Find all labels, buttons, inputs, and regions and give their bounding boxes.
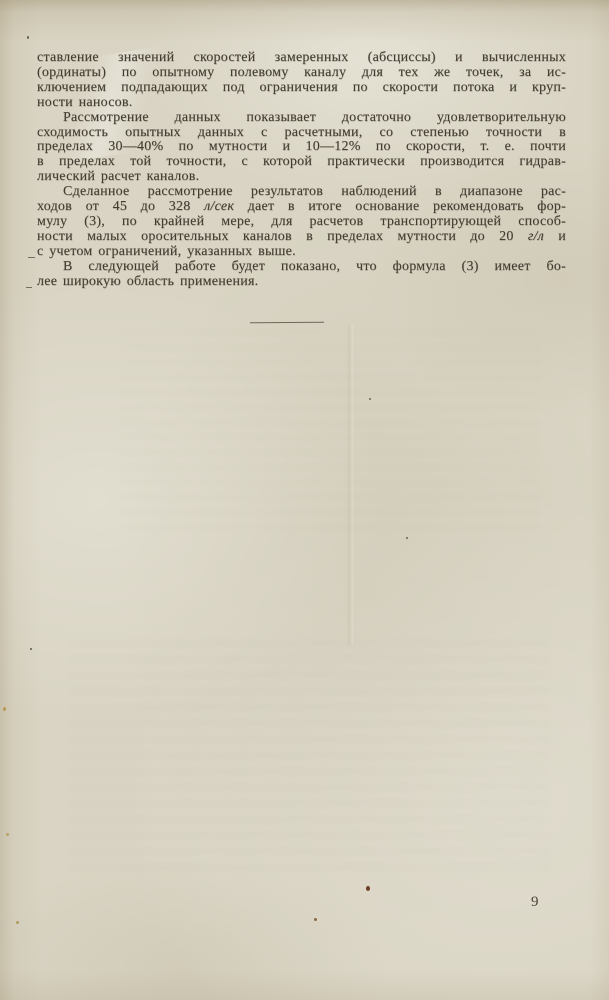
text-line: ключением подпадающих под ограничения по… — [37, 81, 566, 96]
show-through-texture — [120, 330, 540, 530]
text-line: лее широкую область применения. — [37, 275, 566, 290]
text-line: ходов от 45 до 328 л/сек дает в итоге ос… — [37, 200, 566, 215]
paper-speck — [366, 886, 370, 891]
paper-speck — [406, 537, 408, 539]
paper-speck — [27, 36, 29, 39]
text-line: Сделанное рассмотрение результатов наблю… — [37, 185, 566, 200]
text-line: ставление значений скоростей замеренных … — [37, 51, 566, 66]
text-line: (ординаты) по опытному полевому каналу д… — [37, 66, 566, 81]
text-line: В следующей работе будет показано, что ф… — [37, 260, 566, 275]
text-line: Рассмотрение данных показывает достаточн… — [37, 111, 566, 126]
text-line: в пределах той точности, с которой практ… — [37, 155, 566, 170]
paper-speck — [369, 398, 371, 400]
text-line: сходимость опытных данных с расчетными, … — [37, 126, 566, 141]
paper-speck — [3, 707, 6, 711]
text-line: мулу (3), по крайней мере, для расчетов … — [37, 215, 566, 230]
text-line: ности малых оросительных каналов в преде… — [37, 230, 566, 245]
scanned-page: ставление значений скоростей замеренных … — [0, 0, 609, 1000]
page-number: 9 — [531, 894, 539, 911]
margin-artifact-dash — [28, 257, 35, 258]
body-text: ставление значений скоростей замеренных … — [37, 51, 566, 290]
paper-speck — [16, 921, 19, 924]
unit-grams-per-liter: г/л — [528, 229, 544, 244]
text-line: лический расчет каналов. — [37, 170, 566, 185]
text-line: пределах 30—40% по мутности и 10—12% по … — [37, 140, 566, 155]
paper-speck — [6, 833, 9, 836]
section-divider — [250, 322, 324, 324]
paper-speck — [314, 918, 317, 921]
text-line: ности наносов. — [37, 96, 566, 111]
unit-liters-per-second: л/сек — [204, 199, 234, 214]
margin-artifact-dash — [26, 287, 32, 288]
text-line: с учетом ограничений, указанных выше. — [37, 245, 566, 260]
show-through-texture — [70, 640, 550, 870]
paper-speck — [30, 648, 32, 650]
